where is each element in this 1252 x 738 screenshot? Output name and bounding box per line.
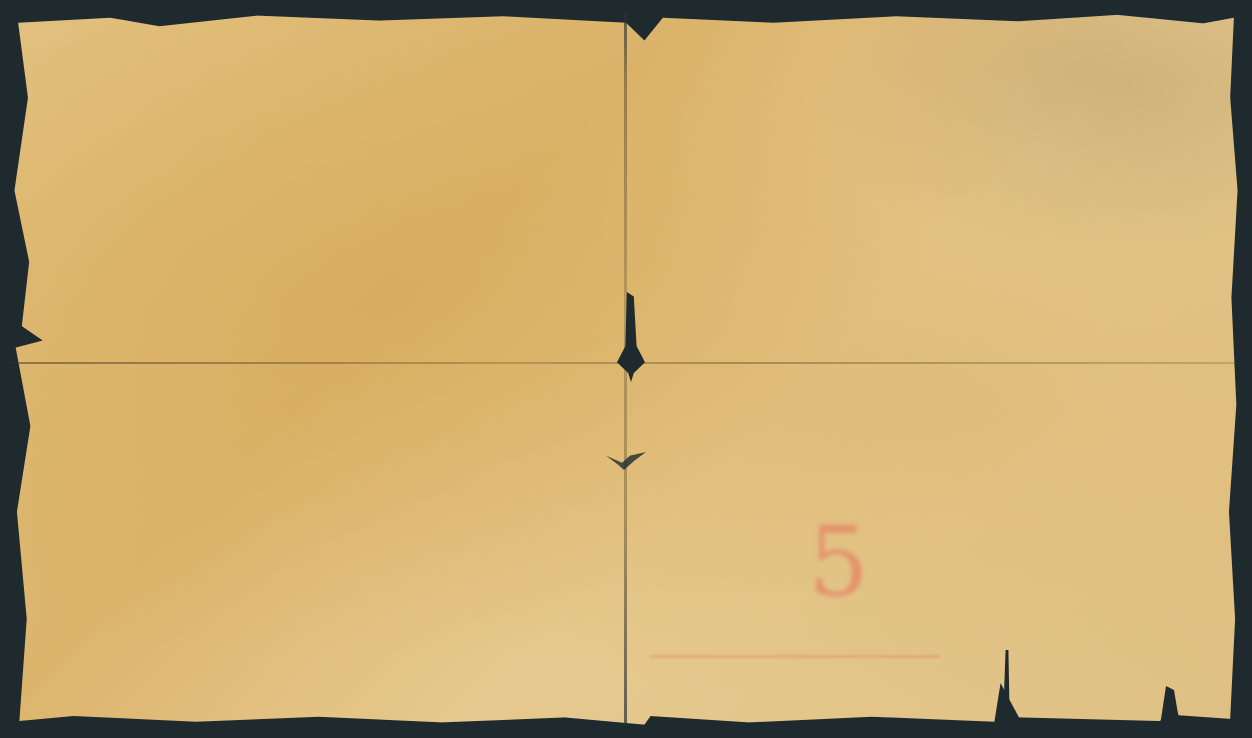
faint-red-ink-numeral: 5 [808, 512, 858, 612]
faint-red-ink-line [650, 655, 940, 658]
